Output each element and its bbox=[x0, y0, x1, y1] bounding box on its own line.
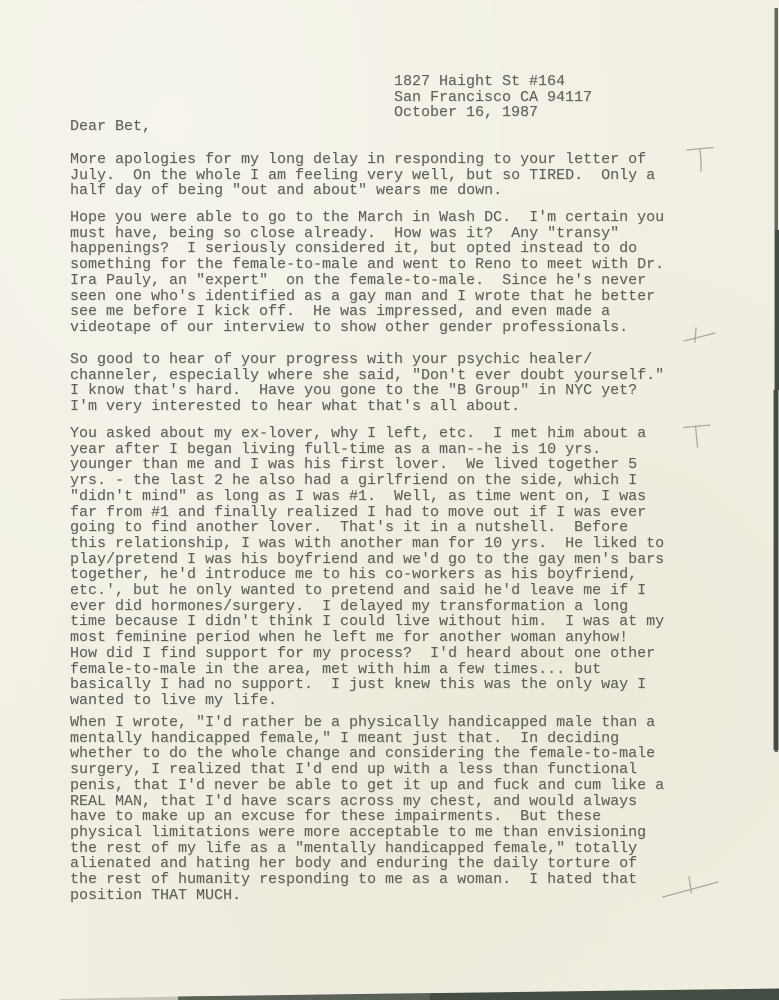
letter-paragraph: So good to hear of your progress with yo… bbox=[70, 352, 664, 415]
letter-paragraph: More apologies for my long delay in resp… bbox=[70, 152, 655, 199]
letter-paragraph: You asked about my ex-lover, why I left,… bbox=[70, 426, 664, 709]
letter-page: 1827 Haight St #164 San Francisco CA 941… bbox=[0, 0, 779, 1000]
pencil-t-mark-middle bbox=[684, 425, 710, 447]
page-edge-right bbox=[774, 8, 779, 752]
letter-paragraph: When I wrote, "I'd rather be a physicall… bbox=[70, 715, 664, 903]
pencil-t-mark-top bbox=[687, 148, 713, 172]
pencil-perpendicular-mark-upper bbox=[684, 328, 715, 342]
letter-paragraph: Hope you were able to go to the March in… bbox=[70, 210, 664, 336]
salutation: Dear Bet, bbox=[70, 119, 151, 135]
page-edge-bottom bbox=[60, 989, 779, 1000]
return-address-block: 1827 Haight St #164 San Francisco CA 941… bbox=[394, 74, 592, 121]
pencil-cross-mark-bottom bbox=[663, 877, 718, 897]
